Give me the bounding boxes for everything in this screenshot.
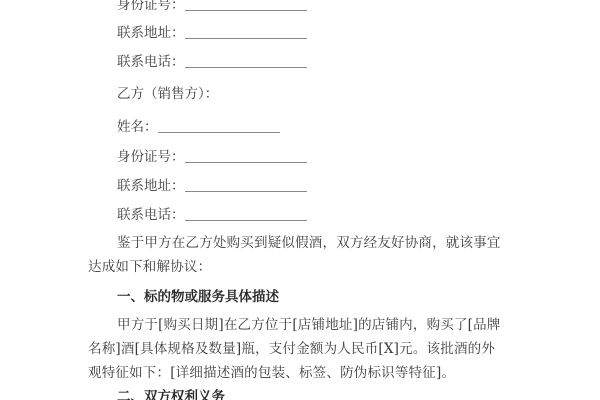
fill-in-blank[interactable] — [185, 162, 307, 163]
section-heading-1: 一、标的物或服务具体描述 — [117, 289, 279, 305]
party-b-phone-field: 联系电话： — [117, 207, 185, 223]
field-label: 姓名： — [117, 119, 158, 135]
field-label: 联系电话： — [117, 54, 185, 70]
field-label: 身份证号： — [117, 0, 185, 13]
party-a-id-number-field: 身份证号： — [117, 0, 185, 13]
field-label: 联系地址： — [117, 178, 185, 194]
fill-in-blank[interactable] — [185, 220, 307, 221]
intro-paragraph: 鉴于甲方在乙方处购买到疑似假酒，双方经友好协商，就该事宜达成如下和解协议： — [88, 231, 506, 279]
field-label: 身份证号： — [117, 149, 185, 165]
party-b-name-field: 姓名： — [117, 119, 158, 135]
section-body-1: 甲方于[购买日期]在乙方位于[店铺地址]的店铺内，购买了[品牌名称]酒[具体规格… — [88, 313, 506, 385]
party-b-address-field: 联系地址： — [117, 178, 185, 194]
fill-in-blank[interactable] — [185, 191, 307, 192]
party-b-id-number-field: 身份证号： — [117, 149, 185, 165]
party-b-title: 乙方（销售方）： — [117, 86, 218, 102]
fill-in-blank[interactable] — [185, 38, 307, 39]
party-a-phone-field: 联系电话： — [117, 54, 185, 70]
document-page: 身份证号： 联系地址： 联系电话： 乙方（销售方）： 姓名： 身份证号： 联系地… — [0, 0, 600, 400]
section-heading-2: 二、双方权利义务 — [117, 389, 225, 400]
party-a-address-field: 联系地址： — [117, 25, 185, 41]
field-label: 联系地址： — [117, 25, 185, 41]
fill-in-blank[interactable] — [185, 10, 307, 11]
fill-in-blank[interactable] — [158, 132, 280, 133]
field-label: 联系电话： — [117, 207, 185, 223]
fill-in-blank[interactable] — [185, 67, 307, 68]
